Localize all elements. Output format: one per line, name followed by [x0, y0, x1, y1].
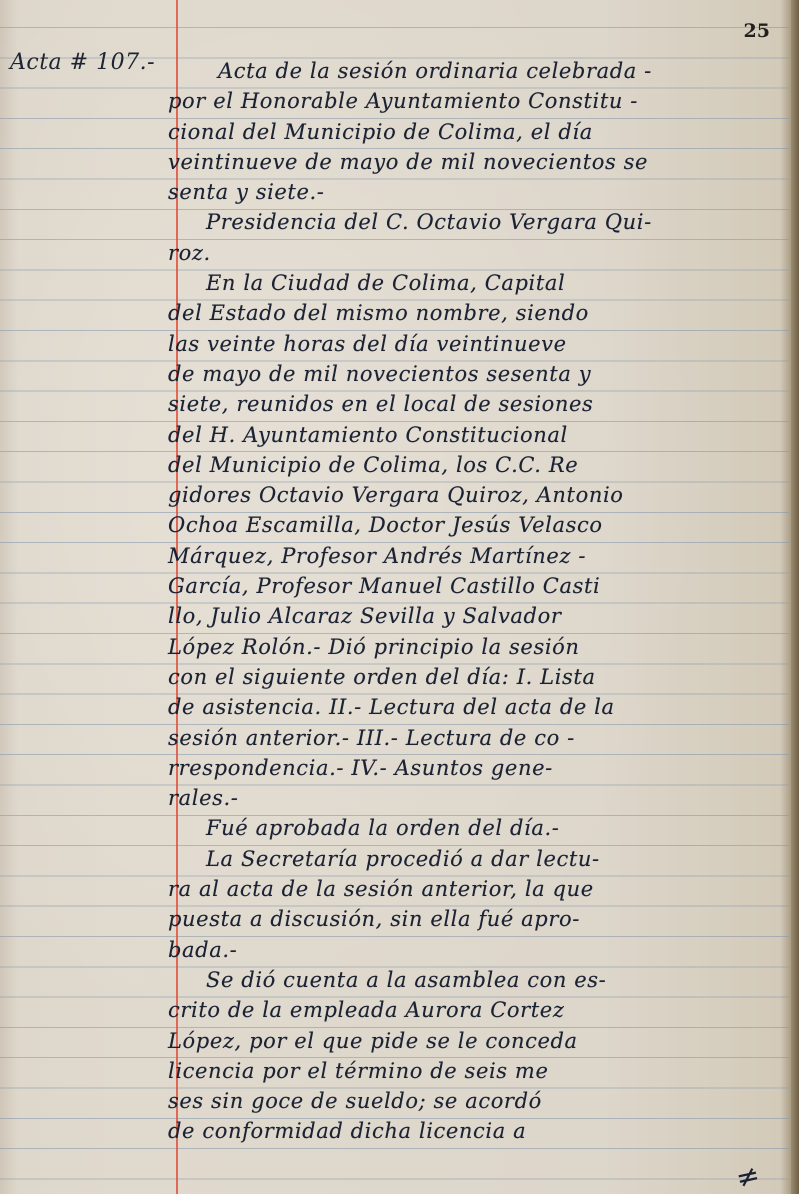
- text-line: Se dió cuenta a la asamblea con es-: [168, 965, 786, 995]
- text-line: Presidencia del C. Octavio Vergara Qui-: [168, 207, 786, 237]
- text-line: siete, reunidos en el local de sesiones: [168, 389, 786, 419]
- text-line: llo, Julio Alcaraz Sevilla y Salvador: [168, 601, 786, 631]
- text-line: bada.-: [168, 935, 786, 965]
- handwritten-minutes-body: Acta de la sesión ordinaria celebrada - …: [168, 56, 786, 1147]
- text-line: rrespondencia.- IV.- Asuntos gene-: [168, 753, 786, 783]
- text-line: roz.: [168, 238, 786, 268]
- text-line: La Secretaría procedió a dar lectu-: [168, 844, 786, 874]
- text-line: sesión anterior.- III.- Lectura de co -: [168, 723, 786, 753]
- text-line: Fué aprobada la orden del día.-: [168, 813, 786, 843]
- text-line: En la Ciudad de Colima, Capital: [168, 268, 786, 298]
- book-spine-edge: [791, 0, 799, 1194]
- text-line: del Estado del mismo nombre, siendo: [168, 298, 786, 328]
- text-line: gidores Octavio Vergara Quiroz, Antonio: [168, 480, 786, 510]
- text-line: de mayo de mil novecientos sesenta y: [168, 359, 786, 389]
- text-line: López, por el que pide se le conceda: [168, 1026, 786, 1056]
- text-line: del H. Ayuntamiento Constitucional: [168, 420, 786, 450]
- margin-note-acta-number: Acta # 107.-: [10, 50, 155, 75]
- text-line: García, Profesor Manuel Castillo Casti: [168, 571, 786, 601]
- page-number: 25: [744, 20, 770, 42]
- text-line: de conformidad dicha licencia a: [168, 1116, 786, 1146]
- text-line: crito de la empleada Aurora Cortez: [168, 995, 786, 1025]
- text-line: puesta a discusión, sin ella fué apro-: [168, 904, 786, 934]
- text-line: senta y siete.-: [168, 177, 786, 207]
- text-line: Acta de la sesión ordinaria celebrada -: [168, 56, 786, 86]
- text-line: con el siguiente orden del día: I. Lista: [168, 662, 786, 692]
- text-line: las veinte horas del día veintinueve: [168, 329, 786, 359]
- text-line: veintinueve de mayo de mil novecientos s…: [168, 147, 786, 177]
- ledger-page: 25 Acta # 107.- Acta de la sesión ordina…: [0, 0, 799, 1194]
- text-line: cional del Municipio de Colima, el día: [168, 117, 786, 147]
- text-line: ses sin goce de sueldo; se acordó: [168, 1086, 786, 1116]
- text-line: Ochoa Escamilla, Doctor Jesús Velasco: [168, 510, 786, 540]
- text-line: por el Honorable Ayuntamiento Constitu -: [168, 86, 786, 116]
- text-line: ra al acta de la sesión anterior, la que: [168, 874, 786, 904]
- text-line: licencia por el término de seis me: [168, 1056, 786, 1086]
- text-line: de asistencia. II.- Lectura del acta de …: [168, 692, 786, 722]
- text-line: Márquez, Profesor Andrés Martínez -: [168, 541, 786, 571]
- text-line: López Rolón.- Dió principio la sesión: [168, 632, 786, 662]
- text-line: del Municipio de Colima, los C.C. Re: [168, 450, 786, 480]
- text-line: rales.-: [168, 783, 786, 813]
